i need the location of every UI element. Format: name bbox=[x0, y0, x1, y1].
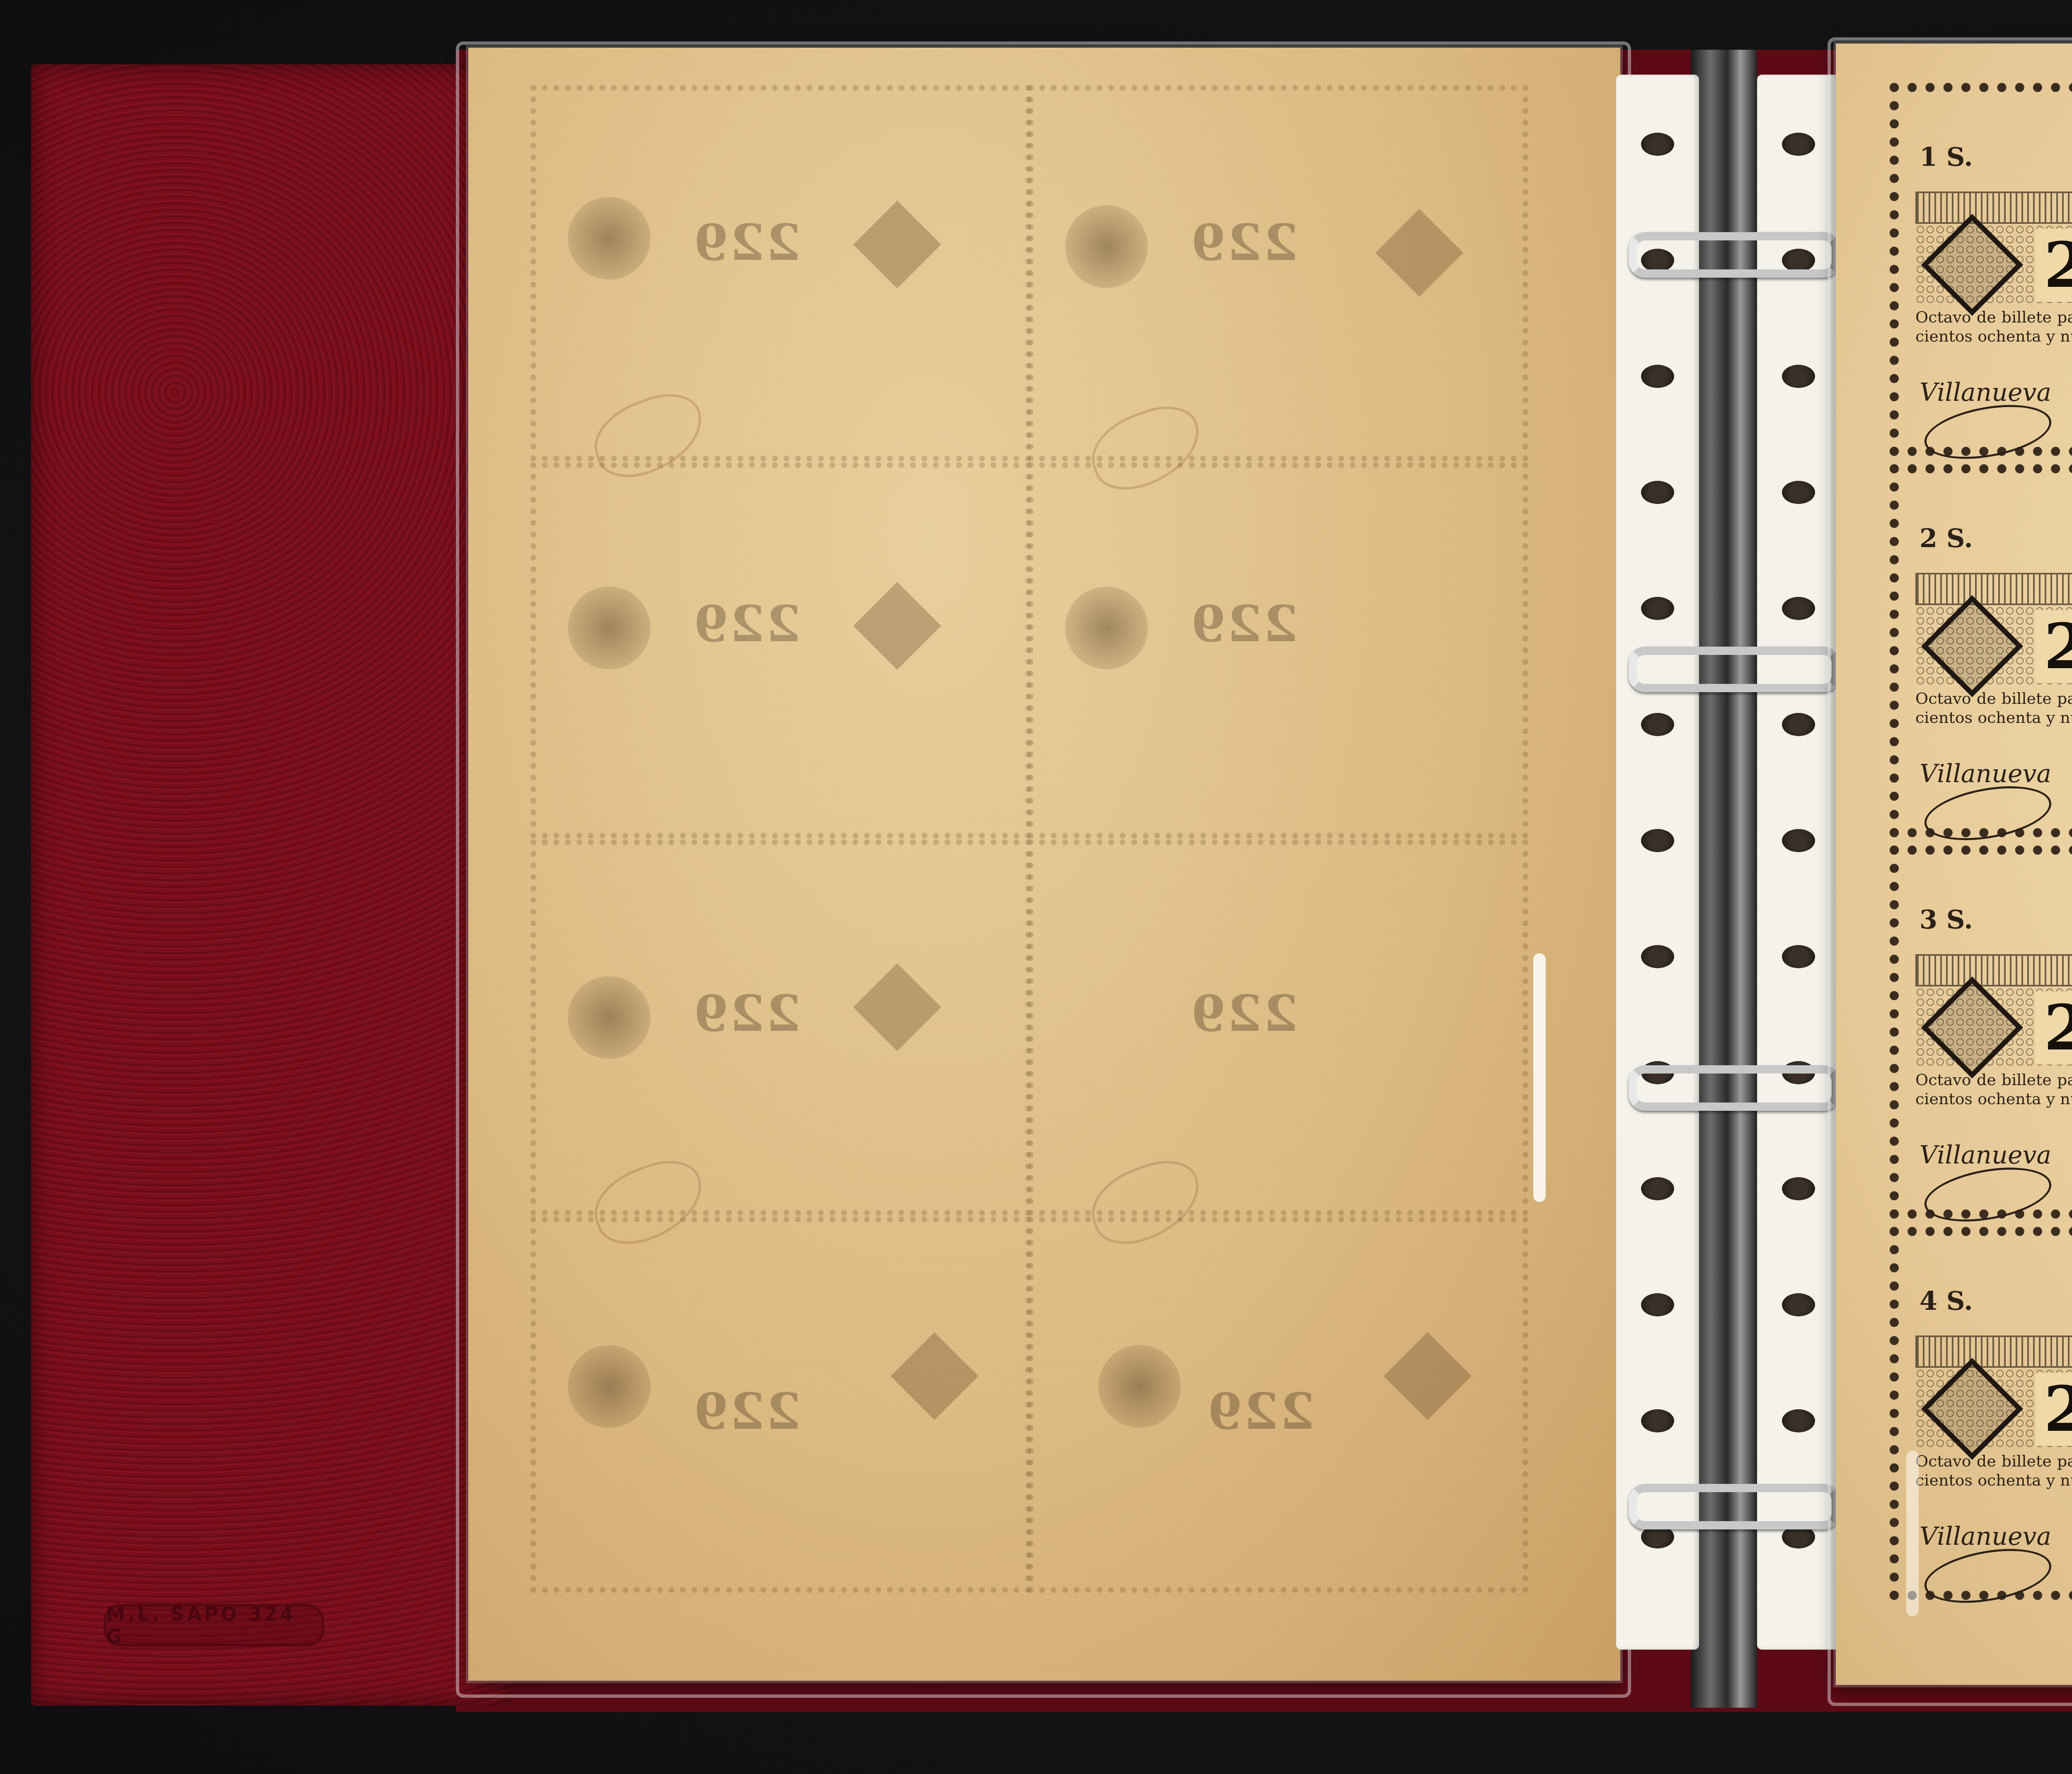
lottery-ticket: 1 S. A 389. 229 Octavo de billete para e… bbox=[1890, 83, 2072, 456]
binder-ring[interactable] bbox=[1629, 1484, 1840, 1529]
ticket-number: 229 bbox=[2036, 229, 2072, 302]
punch-hole bbox=[1782, 713, 1815, 736]
punch-hole bbox=[1782, 481, 1815, 504]
text-line: Octavo de billete para el sorteo ordinar… bbox=[1915, 689, 2072, 708]
motto-banner bbox=[1915, 573, 2072, 605]
punch-hole bbox=[1641, 133, 1674, 156]
ghost-seal bbox=[568, 976, 651, 1059]
left-punched-strip bbox=[1616, 75, 1699, 1650]
ghost-seal bbox=[1098, 1345, 1181, 1428]
lottery-sheet: 1 S. A 389. 229 Octavo de billete para e… bbox=[1890, 83, 2072, 1608]
sleeve-glare bbox=[1906, 1451, 1919, 1616]
cover-brand-stamp: M.L. SAPO 324 G bbox=[104, 1604, 324, 1646]
ghost-seal bbox=[568, 197, 651, 280]
text-line: Octavo de billete para el sorteo ordinar… bbox=[1915, 1452, 2072, 1470]
ticket-series: 3 S. bbox=[1920, 904, 1973, 935]
ghost-number: 229 bbox=[692, 213, 801, 272]
ticket-series: 2 S. bbox=[1920, 523, 1973, 553]
punch-hole bbox=[1782, 945, 1815, 968]
text-line: Octavo de billete para el sorteo ordinar… bbox=[1915, 1071, 2072, 1089]
ghost-number: 229 bbox=[692, 595, 801, 653]
left-page-reverse: 229 229 229 229 229 229 229 229 bbox=[468, 48, 1620, 1681]
ticket-number: 229 bbox=[2036, 610, 2072, 683]
punch-hole bbox=[1641, 1177, 1674, 1200]
ghost-number: 229 bbox=[1206, 1382, 1315, 1441]
punch-hole bbox=[1641, 829, 1674, 852]
text-line: veinte de Setiembre de 1844. bbox=[1915, 1490, 2072, 1509]
ticket-series: 4 S. bbox=[1920, 1286, 1973, 1316]
text-line: cientos ochenta y nueve, que se ha de ce… bbox=[1915, 1090, 2072, 1108]
right-punched-strip bbox=[1757, 75, 1840, 1650]
punch-hole bbox=[1782, 1409, 1815, 1432]
punch-hole bbox=[1641, 1409, 1674, 1432]
ghost-seal bbox=[1065, 205, 1148, 288]
ghost-number: 229 bbox=[692, 984, 801, 1043]
text-line: veinte de Setiembre de 1844. bbox=[1915, 1108, 2072, 1127]
punch-hole bbox=[1641, 945, 1674, 968]
lottery-ticket: 3 S. R 389. 229 Octavo de billete para e… bbox=[1890, 846, 2072, 1219]
binder-ring[interactable] bbox=[1629, 232, 1840, 278]
lottery-ticket: 2 S. F 389. 229 Octavo de billete para e… bbox=[1890, 464, 2072, 837]
binder-ring[interactable] bbox=[1629, 647, 1840, 692]
sleeve-glare bbox=[1533, 953, 1546, 1202]
punch-hole bbox=[1782, 133, 1815, 156]
ghost-number: 229 bbox=[1189, 984, 1298, 1043]
ticket-text: Octavo de billete para el sorteo ordinar… bbox=[1915, 1452, 2072, 1509]
text-line: veinte de Setiembre de 1844. bbox=[1915, 727, 2072, 746]
punch-hole bbox=[1641, 365, 1674, 388]
ticket-text: Octavo de billete para el sorteo ordinar… bbox=[1915, 308, 2072, 365]
ticket-number: 229 bbox=[2036, 991, 2072, 1064]
punch-hole bbox=[1641, 597, 1674, 620]
ghost-number: 229 bbox=[1189, 213, 1298, 272]
text-line: cientos ochenta y nueve, que se ha de ce… bbox=[1915, 708, 2072, 727]
signature: Villanueva bbox=[1920, 1141, 2051, 1170]
motto-banner bbox=[1915, 1335, 2072, 1368]
punch-hole bbox=[1782, 1177, 1815, 1200]
text-line: cientos ochenta y nueve, que se ha de ce… bbox=[1915, 327, 2072, 345]
ticket-number: 229 bbox=[2036, 1373, 2072, 1446]
binder-front-cover bbox=[31, 64, 512, 1706]
binder-spine-mechanism bbox=[1691, 50, 1757, 1708]
motto-banner bbox=[1915, 954, 2072, 986]
ghost-seal bbox=[568, 586, 651, 669]
ghost-number: 229 bbox=[692, 1382, 801, 1441]
binder-ring[interactable] bbox=[1629, 1065, 1840, 1111]
ghost-seal bbox=[568, 1345, 651, 1428]
motto-banner bbox=[1915, 191, 2072, 224]
signature: Villanueva bbox=[1920, 378, 2051, 407]
punch-hole bbox=[1782, 1293, 1815, 1316]
ticket-text: Octavo de billete para el sorteo ordinar… bbox=[1915, 689, 2072, 746]
ticket-text: Octavo de billete para el sorteo ordinar… bbox=[1915, 1070, 2072, 1127]
punch-hole bbox=[1641, 713, 1674, 736]
ticket-series: 1 S. bbox=[1920, 142, 1973, 172]
punch-hole bbox=[1782, 597, 1815, 620]
punch-hole bbox=[1641, 1293, 1674, 1316]
text-line: veinte de Setiembre de 1844. bbox=[1915, 346, 2072, 365]
signature: Villanueva bbox=[1920, 1522, 2051, 1551]
ghost-number: 229 bbox=[1189, 595, 1298, 653]
punch-hole bbox=[1782, 365, 1815, 388]
punch-hole bbox=[1641, 481, 1674, 504]
ghost-seal bbox=[1065, 586, 1148, 669]
text-line: Octavo de billete para el sorteo ordinar… bbox=[1915, 308, 2072, 326]
punch-hole bbox=[1782, 829, 1815, 852]
signature: Villanueva bbox=[1920, 759, 2051, 788]
text-line: cientos ochenta y nueve, que se ha de ce… bbox=[1915, 1471, 2072, 1489]
